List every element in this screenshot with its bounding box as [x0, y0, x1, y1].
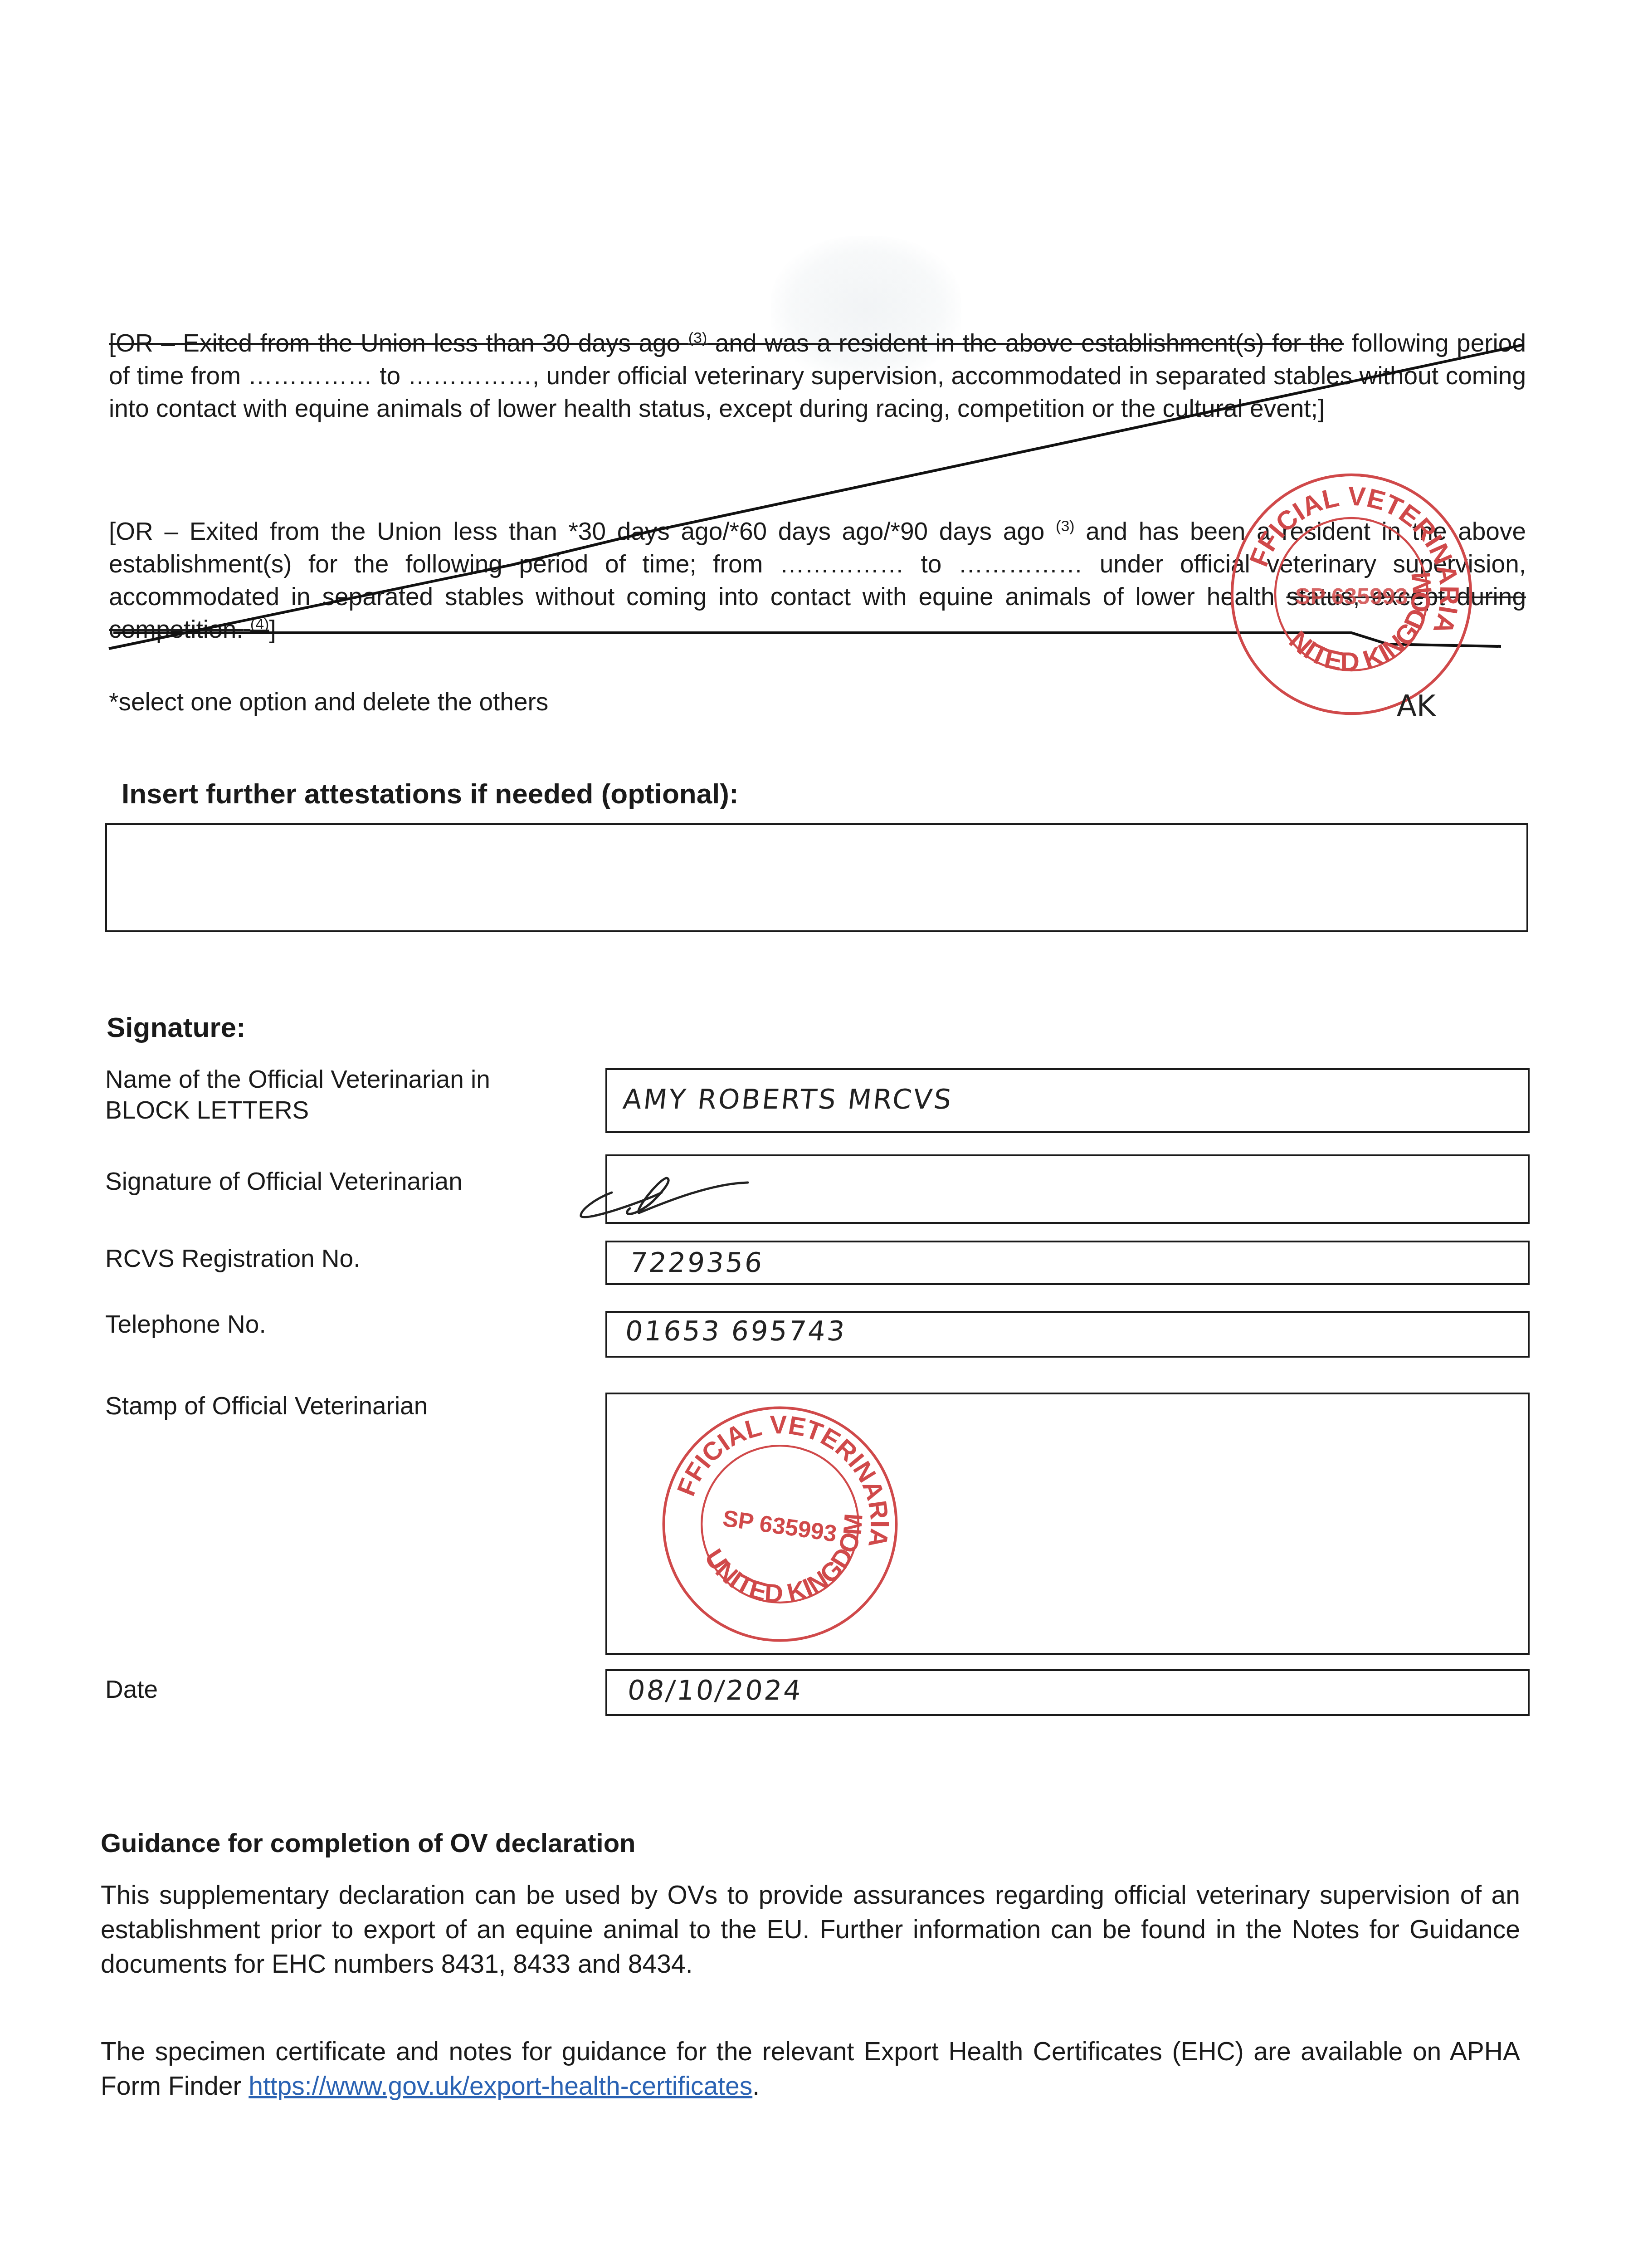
name-field-value: AMY ROBERTS MRCVS	[621, 1084, 955, 1115]
signature-scribble	[575, 1165, 766, 1224]
select-option-note: *select one option and delete the others	[109, 687, 548, 716]
stamp-label: Stamp of Official Veterinarian	[105, 1390, 428, 1421]
date-field[interactable]: 08/10/2024	[605, 1669, 1530, 1716]
export-health-certificates-link[interactable]: https://www.gov.uk/export-health-certifi…	[249, 2072, 752, 2101]
telephone-field[interactable]: 01653 695743	[605, 1311, 1530, 1358]
guidance-paragraph-2: The specimen certificate and notes for g…	[101, 2034, 1520, 2103]
rcvs-label: RCVS Registration No.	[105, 1243, 360, 1274]
date-label: Date	[105, 1674, 158, 1705]
initials: AK	[1397, 689, 1436, 723]
official-stamp-lower: OFFICIAL VETERINARIAN UNITED KINGDOM SP …	[658, 1402, 902, 1647]
svg-text:SP 635993: SP 635993	[721, 1505, 838, 1547]
further-attestations-heading: Insert further attestations if needed (o…	[122, 778, 739, 810]
name-label: Name of the Official Veterinarian in BLO…	[105, 1064, 490, 1125]
further-attestations-input[interactable]	[105, 823, 1528, 932]
rcvs-field-value: 7229356	[628, 1247, 765, 1279]
rcvs-field[interactable]: 7229356	[605, 1241, 1530, 1285]
svg-text:OFFICIAL VETERINARIAN: OFFICIAL VETERINARIAN	[1224, 467, 1478, 639]
telephone-label: Telephone No.	[105, 1309, 266, 1339]
signature-label: Signature of Official Veterinarian	[105, 1166, 463, 1197]
name-field[interactable]: AMY ROBERTS MRCVS	[605, 1068, 1530, 1133]
date-field-value: 08/10/2024	[626, 1675, 804, 1706]
svg-text:SP 635993: SP 635993	[1295, 583, 1408, 609]
official-stamp-upper: OFFICIAL VETERINARIAN UNITED KINGDOM SP …	[1224, 467, 1478, 721]
guidance-heading: Guidance for completion of OV declaratio…	[101, 1828, 635, 1858]
signature-field[interactable]	[605, 1154, 1530, 1224]
signature-heading: Signature:	[107, 1012, 246, 1044]
telephone-field-value: 01653 695743	[624, 1315, 848, 1347]
guidance-paragraph-1: This supplementary declaration can be us…	[101, 1878, 1520, 1981]
